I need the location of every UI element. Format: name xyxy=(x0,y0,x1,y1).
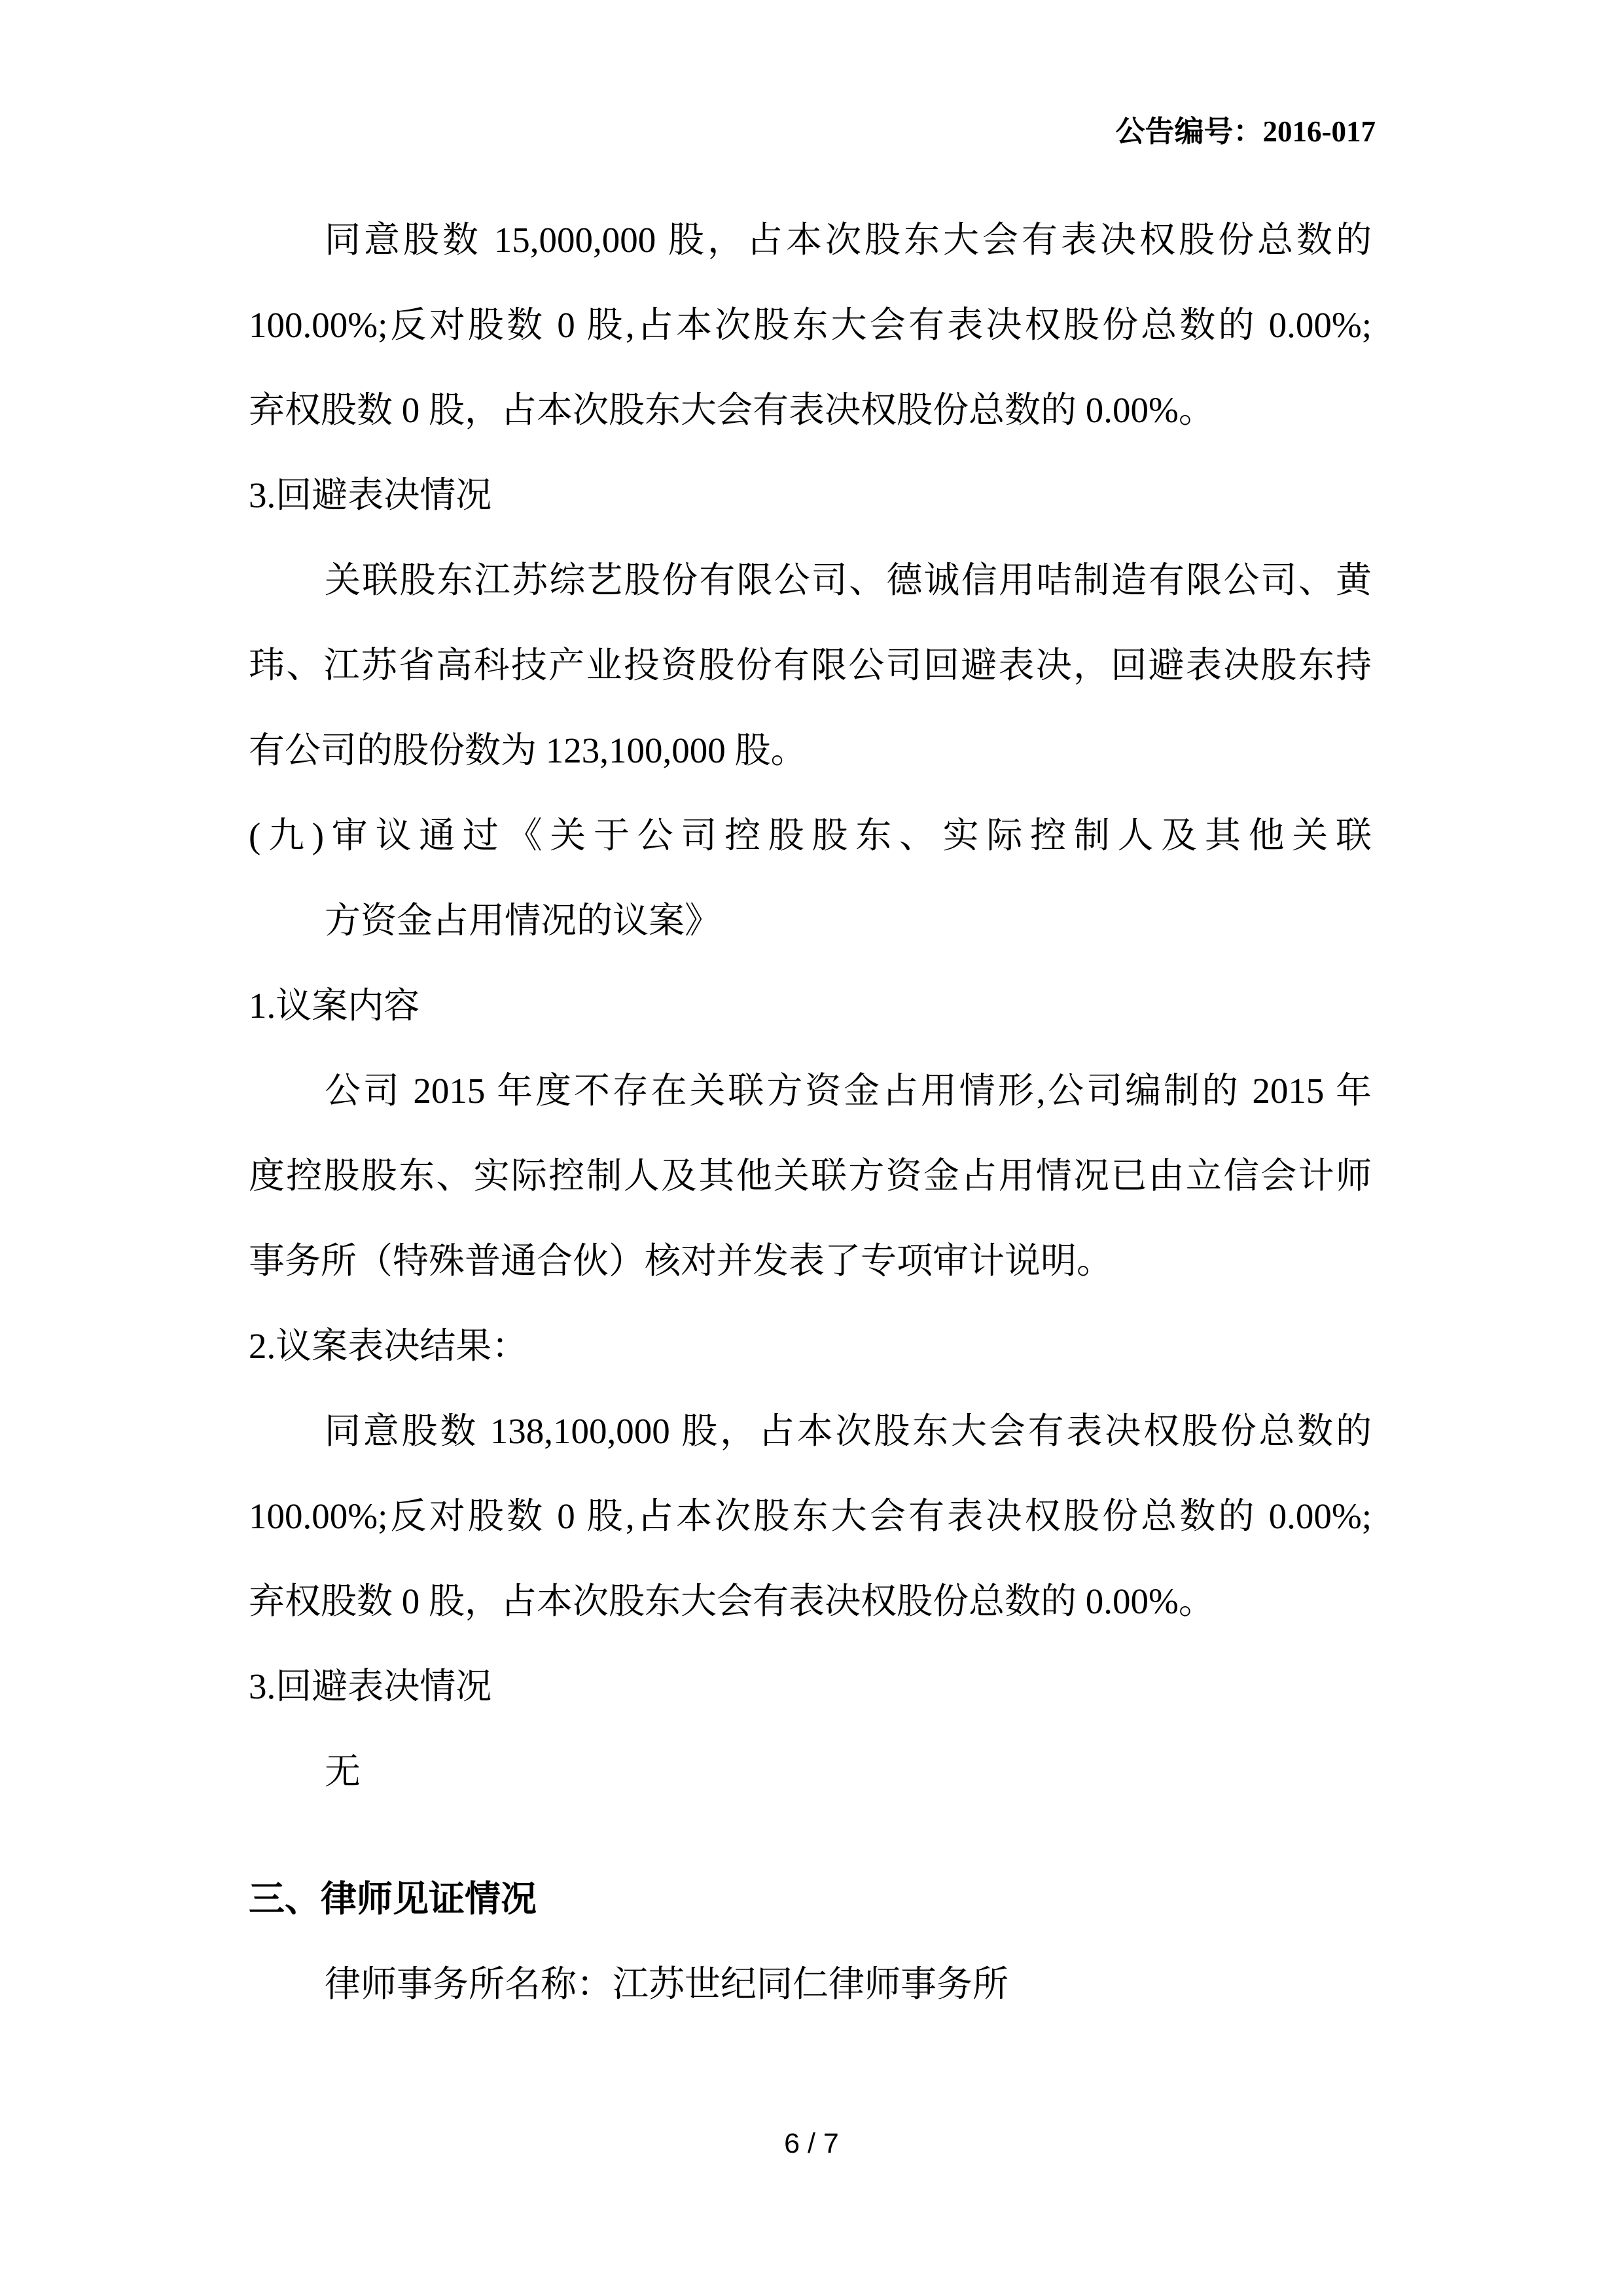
body-line-1: 同意股数 15,000,000 股，占本次股东大会有表决权股份总数的 xyxy=(249,198,1372,283)
body-line-17: 弃权股数 0 股，占本次股东大会有表决权股份总数的 0.00%。 xyxy=(249,1559,1372,1644)
body-line-16: 100.00%;反对股数 0 股,占本次股东大会有表决权股份总数的 0.00%; xyxy=(249,1474,1372,1559)
body-line-7: 有公司的股份数为 123,100,000 股。 xyxy=(249,708,1372,793)
announcement-number-header: 公告编号：2016-017 xyxy=(1116,113,1376,151)
body-line-8: (九)审议通过《关于公司控股股东、实际控制人及其他关联 xyxy=(249,793,1372,878)
body-line-4: 3.回避表决情况 xyxy=(249,453,1372,538)
body-line-2: 100.00%;反对股数 0 股,占本次股东大会有表决权股份总数的 0.00%; xyxy=(249,283,1372,368)
document-body: 同意股数 15,000,000 股，占本次股东大会有表决权股份总数的100.00… xyxy=(249,198,1372,2027)
body-line-9: 方资金占用情况的议案》 xyxy=(249,878,1372,963)
body-line-19: 无 xyxy=(249,1729,1372,1814)
body-line-20: 三、律师见证情况 xyxy=(249,1857,1372,1942)
body-line-5: 关联股东江苏综艺股份有限公司、德诚信用咭制造有限公司、黄 xyxy=(249,538,1372,623)
body-line-6: 玮、江苏省高科技产业投资股份有限公司回避表决，回避表决股东持 xyxy=(249,623,1372,708)
body-line-13: 事务所（特殊普通合伙）核对并发表了专项审计说明。 xyxy=(249,1219,1372,1304)
body-line-14: 2.议案表决结果： xyxy=(249,1304,1372,1389)
page-number: 6 / 7 xyxy=(0,2126,1623,2161)
body-line-21: 律师事务所名称：江苏世纪同仁律师事务所 xyxy=(249,1942,1372,2027)
body-line-3: 弃权股数 0 股，占本次股东大会有表决权股份总数的 0.00%。 xyxy=(249,368,1372,453)
body-line-12: 度控股股东、实际控制人及其他关联方资金占用情况已由立信会计师 xyxy=(249,1134,1372,1219)
body-line-11: 公司 2015 年度不存在关联方资金占用情形,公司编制的 2015 年 xyxy=(249,1049,1372,1134)
document-page: 公告编号：2016-017 同意股数 15,000,000 股，占本次股东大会有… xyxy=(0,0,1623,2296)
body-line-18: 3.回避表决情况 xyxy=(249,1644,1372,1729)
body-line-10: 1.议案内容 xyxy=(249,963,1372,1049)
body-line-15: 同意股数 138,100,000 股，占本次股东大会有表决权股份总数的 xyxy=(249,1389,1372,1474)
